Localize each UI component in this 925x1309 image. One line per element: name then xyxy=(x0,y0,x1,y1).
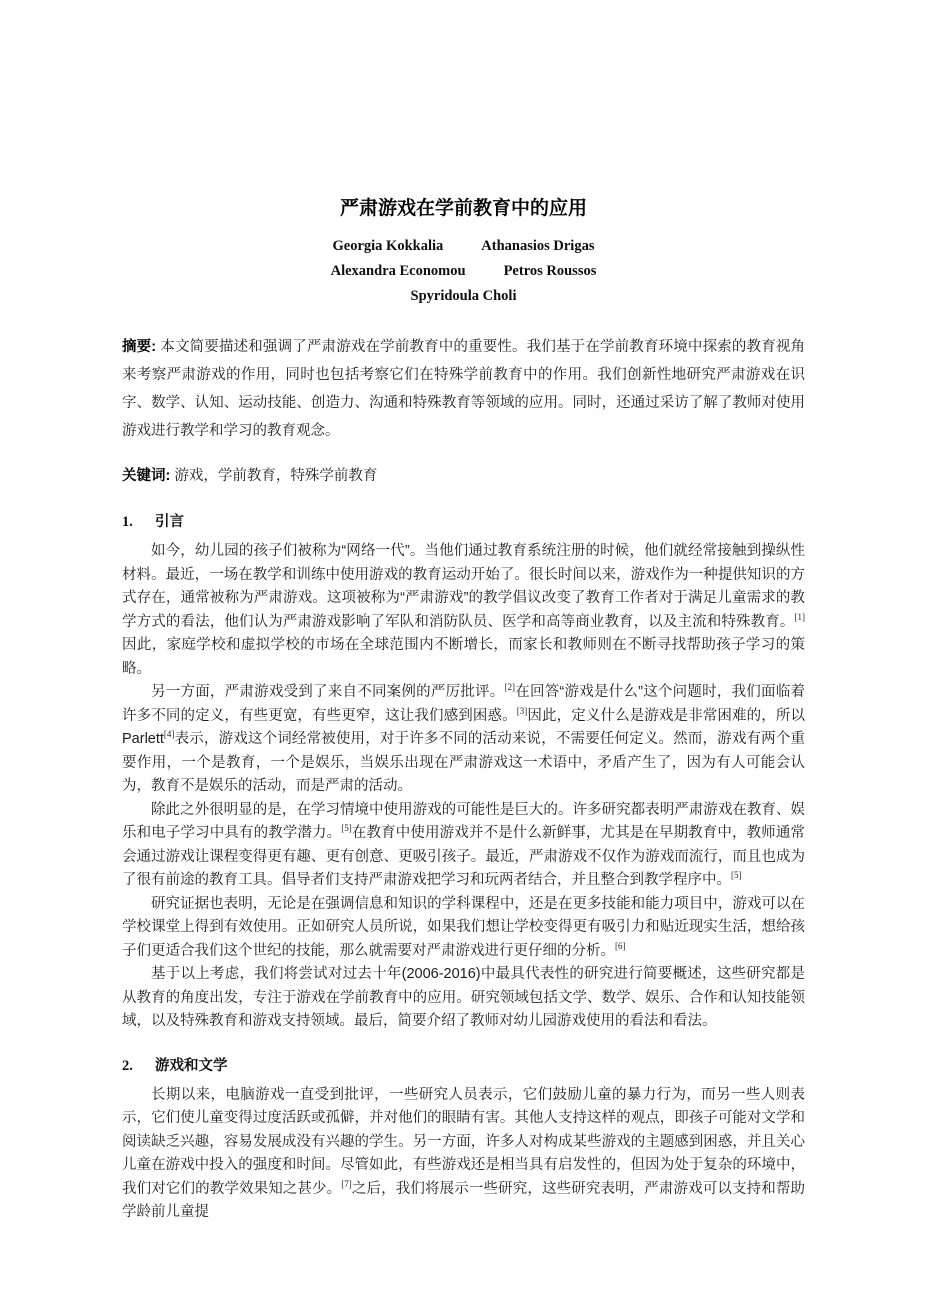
author-row: Georgia KokkaliaAthanasios Drigas xyxy=(122,234,805,259)
abstract-label: 摘要: xyxy=(122,339,160,355)
author-name: Spyridoula Choli xyxy=(411,284,517,309)
abstract: 摘要: 本文简要描述和强调了严肃游戏在学前教育中的重要性。我们基于在学前教育环境… xyxy=(122,333,805,445)
author-name: Georgia Kokkalia xyxy=(333,234,444,259)
paragraph: 如今，幼儿园的孩子们被称为“网络一代”。当他们通过教育系统注册的时候，他们就经常… xyxy=(122,540,805,681)
author-name: Athanasios Drigas xyxy=(481,234,594,259)
paragraph: 长期以来，电脑游戏一直受到批评，一些研究人员表示，它们鼓励儿童的暴力行为，而另一… xyxy=(122,1084,805,1225)
section-heading: 1.引言 xyxy=(122,511,805,534)
document-page: 严肃游戏在学前教育中的应用 Georgia KokkaliaAthanasios… xyxy=(0,0,925,1309)
citation-ref: [3] xyxy=(517,706,528,716)
keywords-label: 关键词: xyxy=(122,468,174,484)
keywords: 关键词: 游戏，学前教育，特殊学前教育 xyxy=(122,462,805,490)
author-name: Alexandra Economou xyxy=(331,259,466,284)
citation-ref: [6] xyxy=(615,941,626,951)
abstract-text: 本文简要描述和强调了严肃游戏在学前教育中的重要性。我们基于在学前教育环境中探索的… xyxy=(122,339,805,439)
section-heading: 2.游戏和文学 xyxy=(122,1055,805,1078)
page-content: 严肃游戏在学前教育中的应用 Georgia KokkaliaAthanasios… xyxy=(122,193,805,1225)
section-title: 引言 xyxy=(155,514,184,530)
citation-ref: [5] xyxy=(731,870,742,880)
paper-title: 严肃游戏在学前教育中的应用 xyxy=(122,193,805,220)
section-number: 1. xyxy=(122,511,138,534)
paragraph: 另一方面，严肃游戏受到了来自不同案例的严厉批评。[2]在回答“游戏是什么”这个问… xyxy=(122,681,805,799)
citation-ref: [5] xyxy=(341,823,352,833)
paragraph: 除此之外很明显的是，在学习情境中使用游戏的可能性是巨大的。许多研究都表明严肃游戏… xyxy=(122,799,805,893)
citation-ref: [4] xyxy=(164,729,175,739)
citation-ref: [1] xyxy=(795,612,806,622)
author-row: Spyridoula Choli xyxy=(122,284,805,309)
author-name: Petros Roussos xyxy=(504,259,597,284)
paragraph: 研究证据也表明，无论是在强调信息和知识的学科课程中，还是在更多技能和能力项目中，… xyxy=(122,893,805,964)
author-row: Alexandra EconomouPetros Roussos xyxy=(122,259,805,284)
section-number: 2. xyxy=(122,1055,138,1078)
paragraph: 基于以上考虑，我们将尝试对过去十年(2006-2016)中最具代表性的研究进行简… xyxy=(122,963,805,1034)
sections: 1.引言如今，幼儿园的孩子们被称为“网络一代”。当他们通过教育系统注册的时候，他… xyxy=(122,511,805,1225)
citation-ref: [2] xyxy=(505,682,516,692)
author-list: Georgia KokkaliaAthanasios DrigasAlexand… xyxy=(122,234,805,309)
citation-ref: [7] xyxy=(341,1179,352,1189)
keywords-text: 游戏，学前教育，特殊学前教育 xyxy=(174,468,377,484)
section-title: 游戏和文学 xyxy=(155,1058,228,1074)
